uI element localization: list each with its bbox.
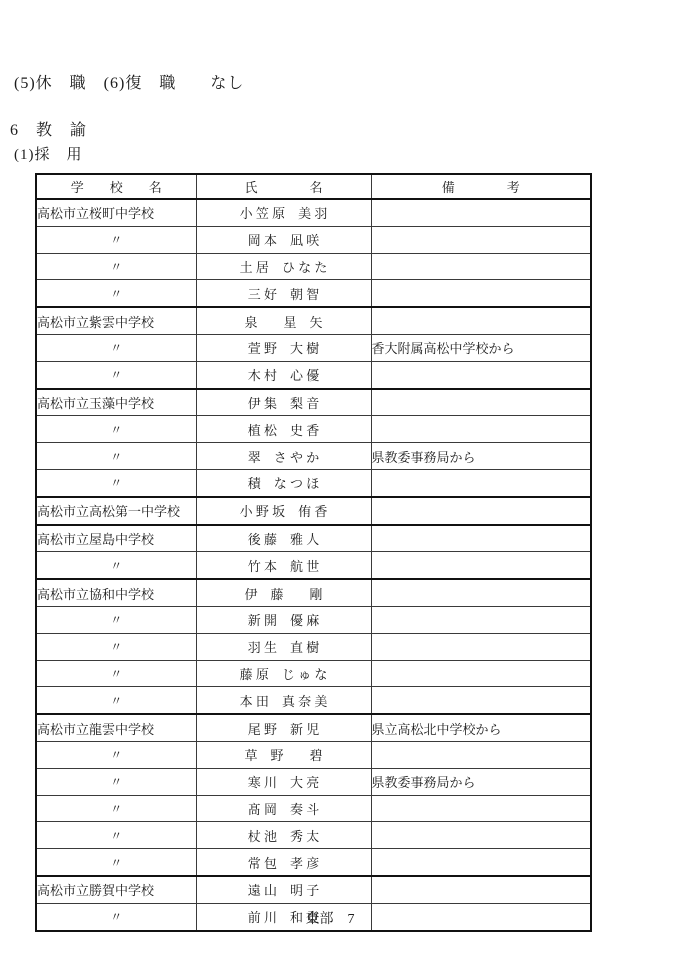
table-row: 〃 竹 本 航 世 — [36, 552, 591, 579]
person-name-cell: 杖 池 秀 太 — [196, 822, 371, 849]
table-row: 〃 髙 岡 奏 斗 — [36, 795, 591, 822]
remarks-cell — [371, 389, 591, 416]
person-name-cell: 植 松 史 香 — [196, 416, 371, 443]
school-name-cell: 〃 — [36, 443, 196, 470]
person-name-cell: 髙 岡 奏 斗 — [196, 795, 371, 822]
remarks-cell — [371, 741, 591, 768]
school-name-cell: 〃 — [36, 253, 196, 280]
table-row: 〃 岡 本 凪 咲 — [36, 226, 591, 253]
remarks-cell — [371, 822, 591, 849]
person-name-cell: 常 包 孝 彦 — [196, 849, 371, 876]
school-name-cell: 〃 — [36, 660, 196, 687]
school-name-cell: 高松市立龍雲中学校 — [36, 714, 196, 741]
person-name-cell: 尾 野 新 児 — [196, 714, 371, 741]
person-name-cell: 翠 さ や か — [196, 443, 371, 470]
remarks-cell — [371, 226, 591, 253]
remarks-cell — [371, 849, 591, 876]
remarks-cell — [371, 525, 591, 552]
school-name-cell: 〃 — [36, 849, 196, 876]
table-row: 〃 三 好 朝 智 — [36, 280, 591, 307]
subsection-heading-appointment: (1)採 用 — [14, 143, 83, 164]
table-row: 高松市立協和中学校 伊 藤 剛 — [36, 579, 591, 606]
col-header-school-name: 学 校 名 — [36, 174, 196, 199]
person-name-cell: 小 笠 原 美 羽 — [196, 199, 371, 226]
person-name-cell: 寒 川 大 亮 — [196, 768, 371, 795]
person-name-cell: 萱 野 大 樹 — [196, 334, 371, 361]
school-name-cell: 高松市立勝賀中学校 — [36, 876, 196, 903]
remarks-cell — [371, 552, 591, 579]
school-name-cell: 高松市立桜町中学校 — [36, 199, 196, 226]
school-name-cell: 〃 — [36, 552, 196, 579]
table-row: 高松市立龍雲中学校 尾 野 新 児 県立高松北中学校から — [36, 714, 591, 741]
person-name-cell: 後 藤 雅 人 — [196, 525, 371, 552]
school-name-cell: 〃 — [36, 606, 196, 633]
person-name-cell: 羽 生 直 樹 — [196, 633, 371, 660]
school-name-cell: 〃 — [36, 416, 196, 443]
table-row: 〃 植 松 史 香 — [36, 416, 591, 443]
school-name-cell: 〃 — [36, 795, 196, 822]
table-row: 〃 羽 生 直 樹 — [36, 633, 591, 660]
remarks-cell: 県教委事務局から — [371, 768, 591, 795]
remarks-cell — [371, 795, 591, 822]
page-footer: 東部 7 — [0, 908, 660, 928]
remarks-cell — [371, 876, 591, 903]
school-name-cell: 〃 — [36, 226, 196, 253]
table-row: 〃 土 居 ひ な た — [36, 253, 591, 280]
person-name-cell: 三 好 朝 智 — [196, 280, 371, 307]
remarks-cell: 香大附属高松中学校から — [371, 334, 591, 361]
person-name-cell: 小 野 坂 侑 香 — [196, 497, 371, 525]
person-name-cell: 岡 本 凪 咲 — [196, 226, 371, 253]
school-name-cell: 高松市立紫雲中学校 — [36, 307, 196, 334]
document-page: (5)休 職 (6)復 職 なし 6 教 諭 (1)採 用 学 校 名 氏 名 … — [0, 0, 680, 961]
table-row: 高松市立勝賀中学校 遠 山 明 子 — [36, 876, 591, 903]
table-row: 〃 萱 野 大 樹 香大附属高松中学校から — [36, 334, 591, 361]
remarks-cell — [371, 606, 591, 633]
school-name-cell: 〃 — [36, 822, 196, 849]
person-name-cell: 泉 星 矢 — [196, 307, 371, 334]
table-row: 高松市立高松第一中学校 小 野 坂 侑 香 — [36, 497, 591, 525]
remarks-cell — [371, 280, 591, 307]
col-header-person-name: 氏 名 — [196, 174, 371, 199]
remarks-cell — [371, 361, 591, 388]
col-header-remarks: 備 考 — [371, 174, 591, 199]
table-row: 〃 積 な つ ほ — [36, 469, 591, 496]
school-name-cell: 〃 — [36, 361, 196, 388]
person-name-cell: 積 な つ ほ — [196, 469, 371, 496]
remarks-cell — [371, 497, 591, 525]
table-row: 〃 翠 さ や か 県教委事務局から — [36, 443, 591, 470]
appointments-table: 学 校 名 氏 名 備 考 高松市立桜町中学校 小 笠 原 美 羽 〃 岡 本 … — [35, 173, 592, 932]
table-row: 〃 藤 原 じ ゅ な — [36, 660, 591, 687]
table-row: 〃 本 田 真 奈 美 — [36, 687, 591, 714]
remarks-cell — [371, 579, 591, 606]
table-row: 〃 草 野 碧 — [36, 741, 591, 768]
person-name-cell: 竹 本 航 世 — [196, 552, 371, 579]
table-row: 高松市立玉藻中学校 伊 集 梨 音 — [36, 389, 591, 416]
leave-reinstatement-line: (5)休 職 (6)復 職 なし — [14, 70, 244, 93]
person-name-cell: 遠 山 明 子 — [196, 876, 371, 903]
person-name-cell: 伊 集 梨 音 — [196, 389, 371, 416]
remarks-cell: 県教委事務局から — [371, 443, 591, 470]
table-row: 〃 寒 川 大 亮 県教委事務局から — [36, 768, 591, 795]
remarks-cell — [371, 416, 591, 443]
person-name-cell: 土 居 ひ な た — [196, 253, 371, 280]
remarks-cell: 県立高松北中学校から — [371, 714, 591, 741]
table-row: 高松市立桜町中学校 小 笠 原 美 羽 — [36, 199, 591, 226]
school-name-cell: 高松市立高松第一中学校 — [36, 497, 196, 525]
school-name-cell: 〃 — [36, 469, 196, 496]
person-name-cell: 藤 原 じ ゅ な — [196, 660, 371, 687]
person-name-cell: 木 村 心 優 — [196, 361, 371, 388]
person-name-cell: 草 野 碧 — [196, 741, 371, 768]
school-name-cell: 高松市立協和中学校 — [36, 579, 196, 606]
school-name-cell: 〃 — [36, 633, 196, 660]
school-name-cell: 高松市立屋島中学校 — [36, 525, 196, 552]
school-name-cell: 高松市立玉藻中学校 — [36, 389, 196, 416]
table-row: 高松市立紫雲中学校 泉 星 矢 — [36, 307, 591, 334]
remarks-cell — [371, 469, 591, 496]
remarks-cell — [371, 307, 591, 334]
school-name-cell: 〃 — [36, 280, 196, 307]
remarks-cell — [371, 253, 591, 280]
table-row: 〃 木 村 心 優 — [36, 361, 591, 388]
remarks-cell — [371, 660, 591, 687]
school-name-cell: 〃 — [36, 687, 196, 714]
table-header-row: 学 校 名 氏 名 備 考 — [36, 174, 591, 199]
section-heading-teachers: 6 教 諭 — [10, 117, 87, 140]
school-name-cell: 〃 — [36, 768, 196, 795]
remarks-cell — [371, 687, 591, 714]
person-name-cell: 伊 藤 剛 — [196, 579, 371, 606]
table-row: 高松市立屋島中学校 後 藤 雅 人 — [36, 525, 591, 552]
school-name-cell: 〃 — [36, 741, 196, 768]
remarks-cell — [371, 199, 591, 226]
school-name-cell: 〃 — [36, 334, 196, 361]
table-row: 〃 杖 池 秀 太 — [36, 822, 591, 849]
table-row: 〃 新 開 優 麻 — [36, 606, 591, 633]
remarks-cell — [371, 633, 591, 660]
person-name-cell: 本 田 真 奈 美 — [196, 687, 371, 714]
person-name-cell: 新 開 優 麻 — [196, 606, 371, 633]
table-row: 〃 常 包 孝 彦 — [36, 849, 591, 876]
